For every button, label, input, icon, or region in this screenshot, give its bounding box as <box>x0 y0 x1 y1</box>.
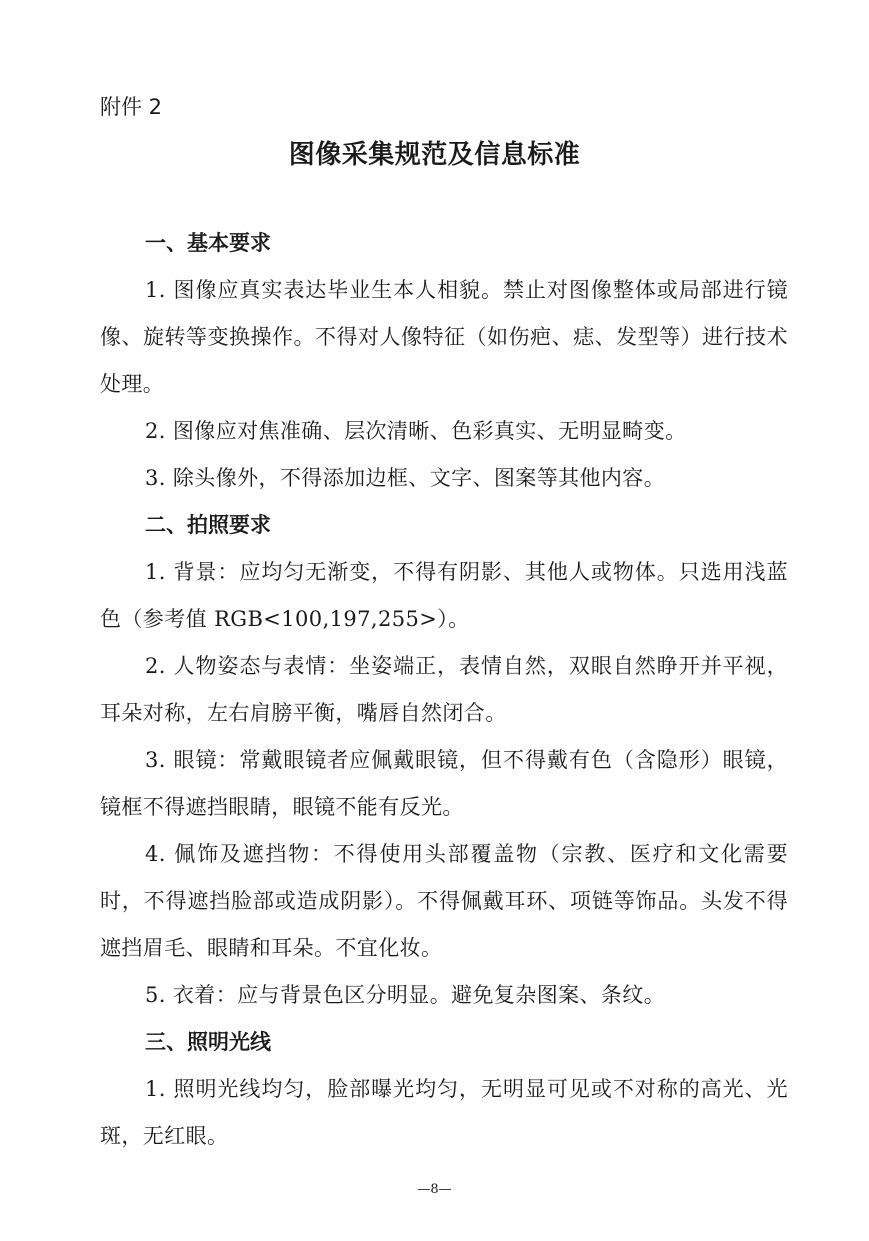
paragraph: 1. 背景：应均匀无渐变，不得有阴影、其他人或物体。只选用浅蓝色（参考值 RGB… <box>100 549 788 643</box>
paragraph: 1. 照明光线均匀，脸部曝光均匀，无明显可见或不对称的高光、光斑，无红眼。 <box>100 1066 788 1160</box>
section-heading-basic-requirements: 一、基本要求 <box>100 220 788 267</box>
paragraph: 4. 佩饰及遮挡物：不得使用头部覆盖物（宗教、医疗和文化需要时，不得遮挡脸部或造… <box>100 831 788 972</box>
document-body: 一、基本要求 1. 图像应真实表达毕业生本人相貌。禁止对图像整体或局部进行镜像、… <box>100 220 788 1160</box>
document-title: 图像采集规范及信息标准 <box>0 136 869 174</box>
section-heading-photo-requirements: 二、拍照要求 <box>100 502 788 549</box>
paragraph: 3. 眼镜：常戴眼镜者应佩戴眼镜，但不得戴有色（含隐形）眼镜，镜框不得遮挡眼睛，… <box>100 737 788 831</box>
paragraph: 2. 图像应对焦准确、层次清晰、色彩真实、无明显畸变。 <box>100 408 788 455</box>
paragraph: 1. 图像应真实表达毕业生本人相貌。禁止对图像整体或局部进行镜像、旋转等变换操作… <box>100 267 788 408</box>
section-heading-lighting: 三、照明光线 <box>100 1019 788 1066</box>
document-page: 附件 2 图像采集规范及信息标准 一、基本要求 1. 图像应真实表达毕业生本人相… <box>0 0 869 1241</box>
page-number: —8— <box>0 1180 869 1200</box>
paragraph: 3. 除头像外，不得添加边框、文字、图案等其他内容。 <box>100 455 788 502</box>
paragraph: 5. 衣着：应与背景色区分明显。避免复杂图案、条纹。 <box>100 972 788 1019</box>
paragraph: 2. 人物姿态与表情：坐姿端正，表情自然，双眼自然睁开并平视，耳朵对称，左右肩膀… <box>100 643 788 737</box>
attachment-label: 附件 2 <box>100 92 162 122</box>
